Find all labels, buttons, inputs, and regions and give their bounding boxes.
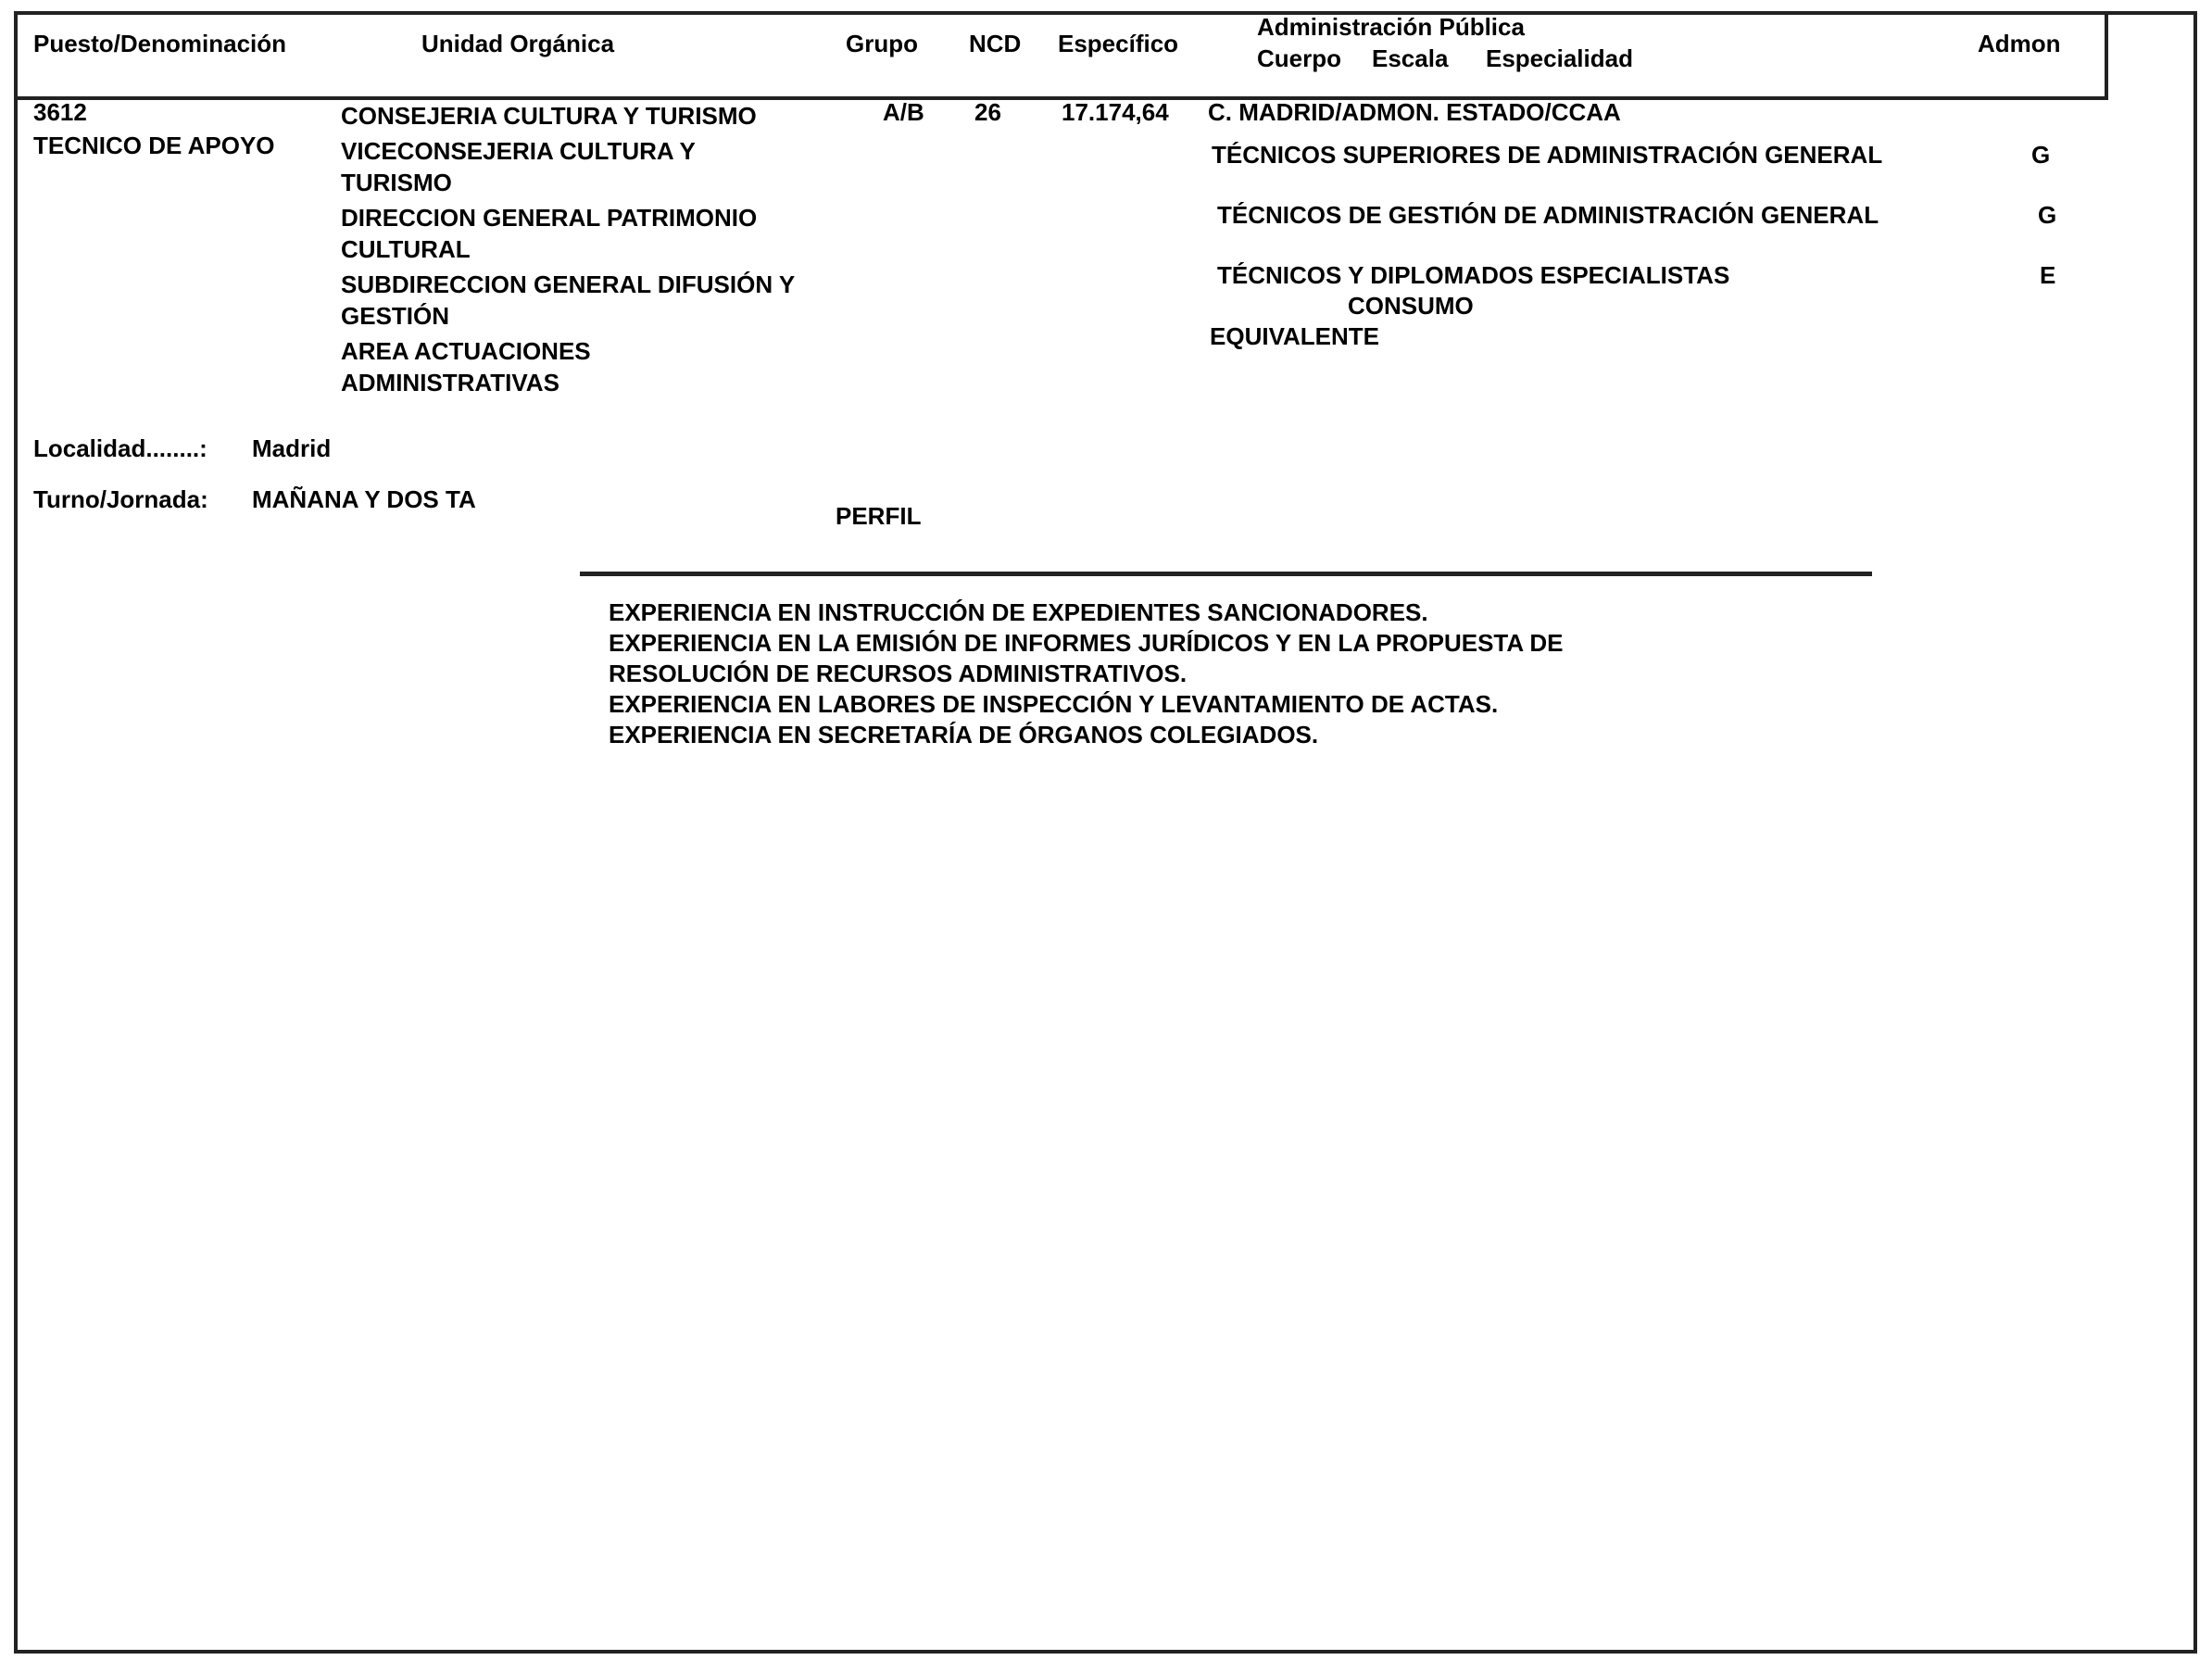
unidad-organica-item: VICECONSEJERIA CULTURA YTURISMO [341,135,795,198]
localidad-value: Madrid [252,433,331,464]
cuerpo-1: TÉCNICOS SUPERIORES DE ADMINISTRACIÓN GE… [1212,139,1882,170]
perfil-title: PERFIL [836,500,921,532]
perfil-line: EXPERIENCIA EN INSTRUCCIÓN DE EXPEDIENTE… [609,597,1564,628]
perfil-line: EXPERIENCIA EN SECRETARÍA DE ÓRGANOS COL… [609,720,1564,750]
header-escala: Escala [1372,44,1448,73]
unidad-organica-item: CONSEJERIA CULTURA Y TURISMO [341,100,795,132]
header-ncd: NCD [969,30,1021,58]
turno-value: MAÑANA Y DOS TA [252,484,476,515]
record-ncd: 26 [974,96,1001,128]
unidad-organica-item: AREA ACTUACIONESADMINISTRATIVAS [341,335,795,398]
turno-label: Turno/Jornada: [33,484,208,515]
cuerpo-2: TÉCNICOS DE GESTIÓN DE ADMINISTRACIÓN GE… [1217,199,1879,231]
unidad-organica-item: DIRECCION GENERAL PATRIMONIOCULTURAL [341,202,795,265]
record-administracion: C. MADRID/ADMON. ESTADO/CCAA [1208,96,1621,128]
equivalente-label: EQUIVALENTE [1210,321,1379,352]
perfil-line: RESOLUCIÓN DE RECURSOS ADMINISTRATIVOS. [609,659,1564,689]
record-especifico: 17.174,64 [1062,96,1169,128]
record-grupo: A/B [883,96,924,128]
header-grupo: Grupo [846,30,918,58]
cuerpo-3-especialidad: CONSUMO [1348,290,1474,321]
perfil-line: EXPERIENCIA EN LABORES DE INSPECCIÓN Y L… [609,689,1564,720]
header-puesto: Puesto/Denominación [33,30,286,58]
perfil-divider [580,572,1872,576]
record-denominacion: TECNICO DE APOYO [33,130,275,161]
cuerpo-3-admon: E [2040,259,2055,291]
cuerpo-1-admon: G [2031,139,2050,170]
unidad-organica-item: SUBDIRECCION GENERAL DIFUSIÓN YGESTIÓN [341,269,795,332]
header-admon: Admon [1978,30,2061,58]
header-cuerpo: Cuerpo [1257,44,1341,73]
cuerpo-2-admon: G [2038,199,2056,231]
header-unidad: Unidad Orgánica [421,30,614,58]
localidad-label: Localidad........: [33,433,207,464]
header-especialidad: Especialidad [1486,44,1633,73]
record-code: 3612 [33,96,87,128]
perfil-lines: EXPERIENCIA EN INSTRUCCIÓN DE EXPEDIENTE… [609,597,1564,750]
perfil-line: EXPERIENCIA EN LA EMISIÓN DE INFORMES JU… [609,628,1564,659]
header-admin-publica: Administración Pública [1257,13,1525,42]
cuerpo-3: TÉCNICOS Y DIPLOMADOS ESPECIALISTAS [1217,259,1729,291]
header-especifico: Específico [1058,30,1178,58]
unidad-organica-list: CONSEJERIA CULTURA Y TURISMOVICECONSEJER… [341,100,795,402]
